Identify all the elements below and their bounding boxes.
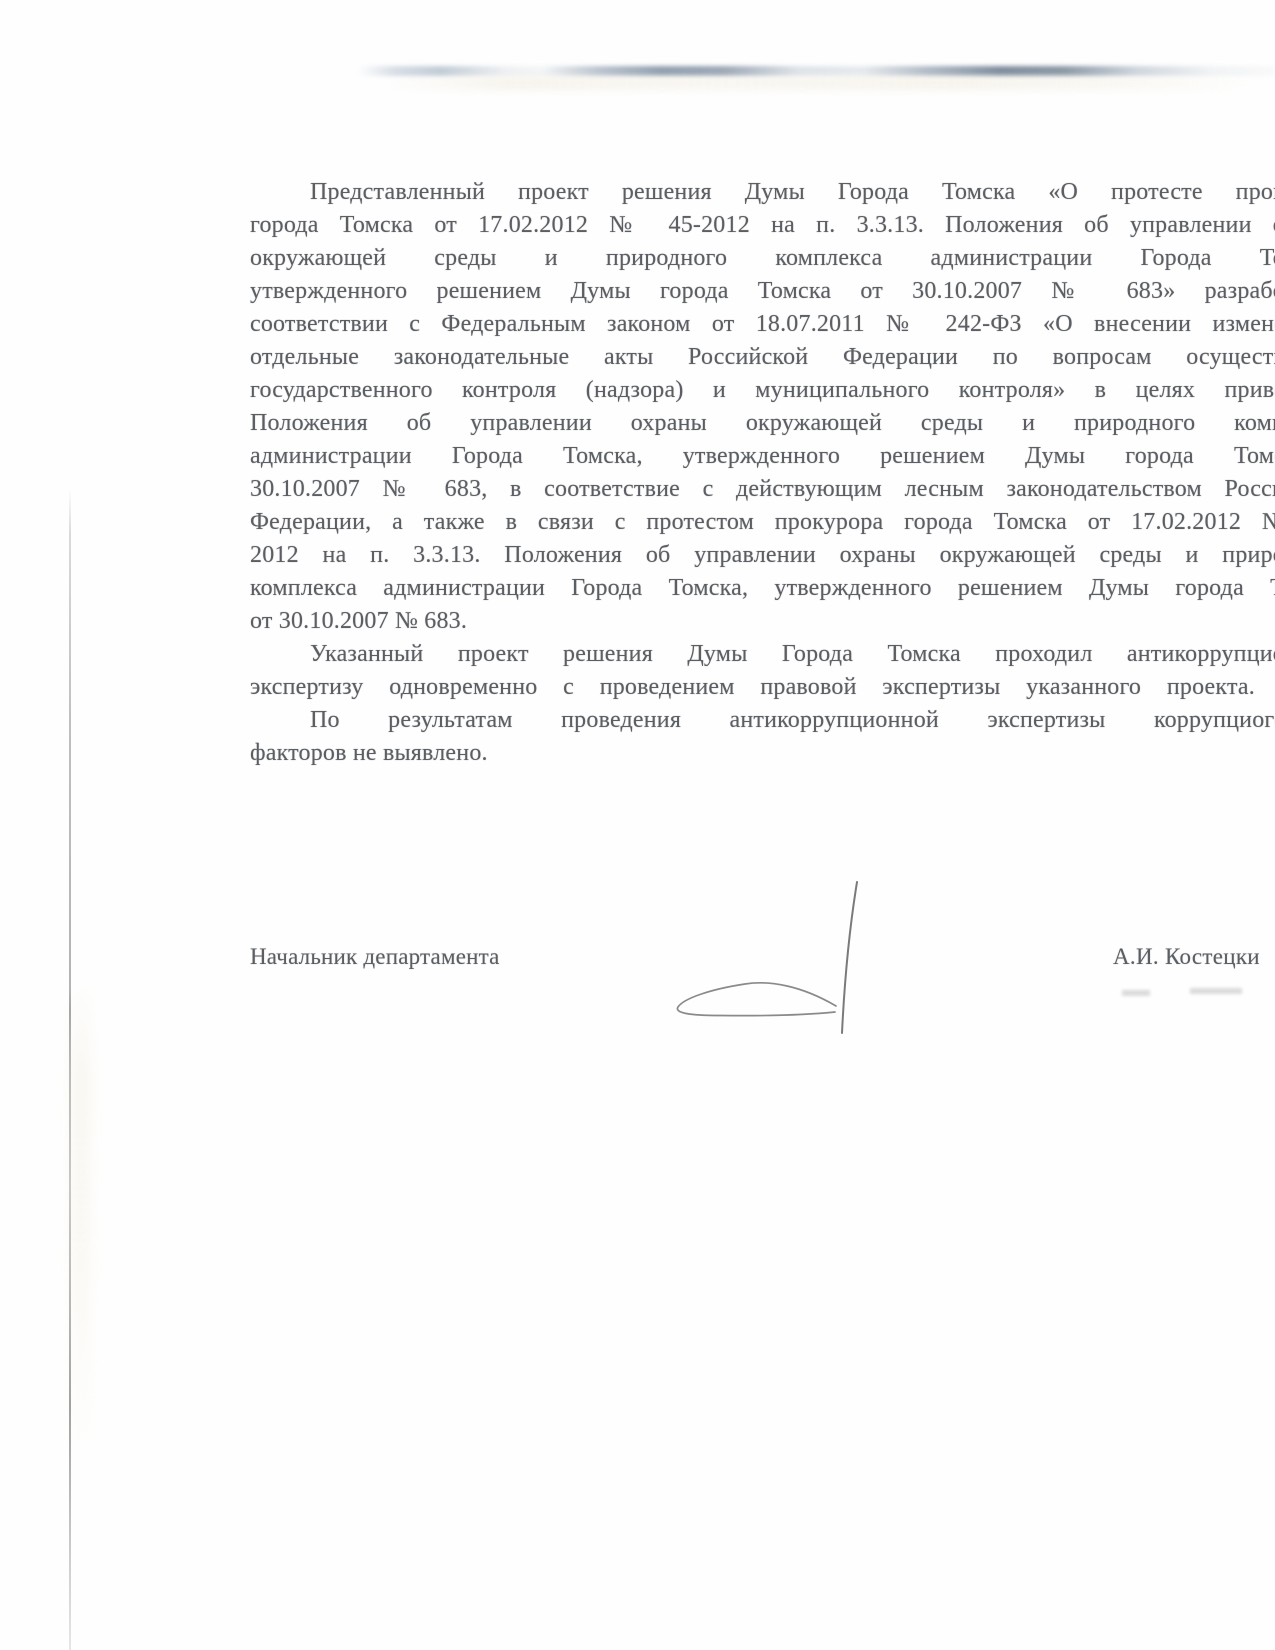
paragraph-3: По результатам проведения антикоррупцион… <box>250 704 1275 770</box>
document-line: окружающей среды и природного комплекса … <box>250 242 1275 275</box>
document-line: По результатам проведения антикоррупцион… <box>250 704 1275 737</box>
document-line: города Томска от 17.02.2012 № 45-2012 на… <box>250 209 1275 242</box>
document-body: Представленный проект решения Думы Город… <box>250 176 1275 770</box>
paragraph-1: Представленный проект решения Думы Город… <box>250 176 1275 638</box>
document-line: факторов не выявлено. <box>250 737 1275 770</box>
scan-smudge <box>1190 988 1242 994</box>
document-line: государственного контроля (надзора) и му… <box>250 374 1275 407</box>
document-line: 30.10.2007 № 683, в соответствие с дейст… <box>250 473 1275 506</box>
scan-artifact-top-halo <box>380 76 1260 90</box>
document-line: от 30.10.2007 № 683. <box>250 605 1275 638</box>
document-line: соответствии с Федеральным законом от 18… <box>250 308 1275 341</box>
signature-name: А.И. Костецки <box>1113 944 1275 970</box>
document-line: 2012 на п. 3.3.13. Положения об управлен… <box>250 539 1275 572</box>
document-line: комплекса администрации Города Томска, у… <box>250 572 1275 605</box>
document-line: отдельные законодательные акты Российско… <box>250 341 1275 374</box>
scan-artifact-left-halo <box>71 980 91 1460</box>
signature-handwriting <box>640 860 880 1045</box>
document-line: утвержденного решением Думы города Томск… <box>250 275 1275 308</box>
document-line: Федерации, а также в связи с протестом п… <box>250 506 1275 539</box>
document-page: Представленный проект решения Думы Город… <box>0 0 1275 1650</box>
paragraph-2: Указанный проект решения Думы Города Том… <box>250 638 1275 704</box>
scan-artifact-top-edge <box>358 66 1275 76</box>
scan-smudge <box>1122 990 1150 996</box>
document-line: Положения об управлении охраны окружающе… <box>250 407 1275 440</box>
document-line: экспертизу одновременно с проведением пр… <box>250 671 1255 704</box>
document-line: Указанный проект решения Думы Города Том… <box>250 638 1275 671</box>
document-line: Представленный проект решения Думы Город… <box>250 176 1275 209</box>
document-line: администрации Города Томска, утвержденно… <box>250 440 1275 473</box>
signature-role-label: Начальник департамента <box>250 944 500 970</box>
